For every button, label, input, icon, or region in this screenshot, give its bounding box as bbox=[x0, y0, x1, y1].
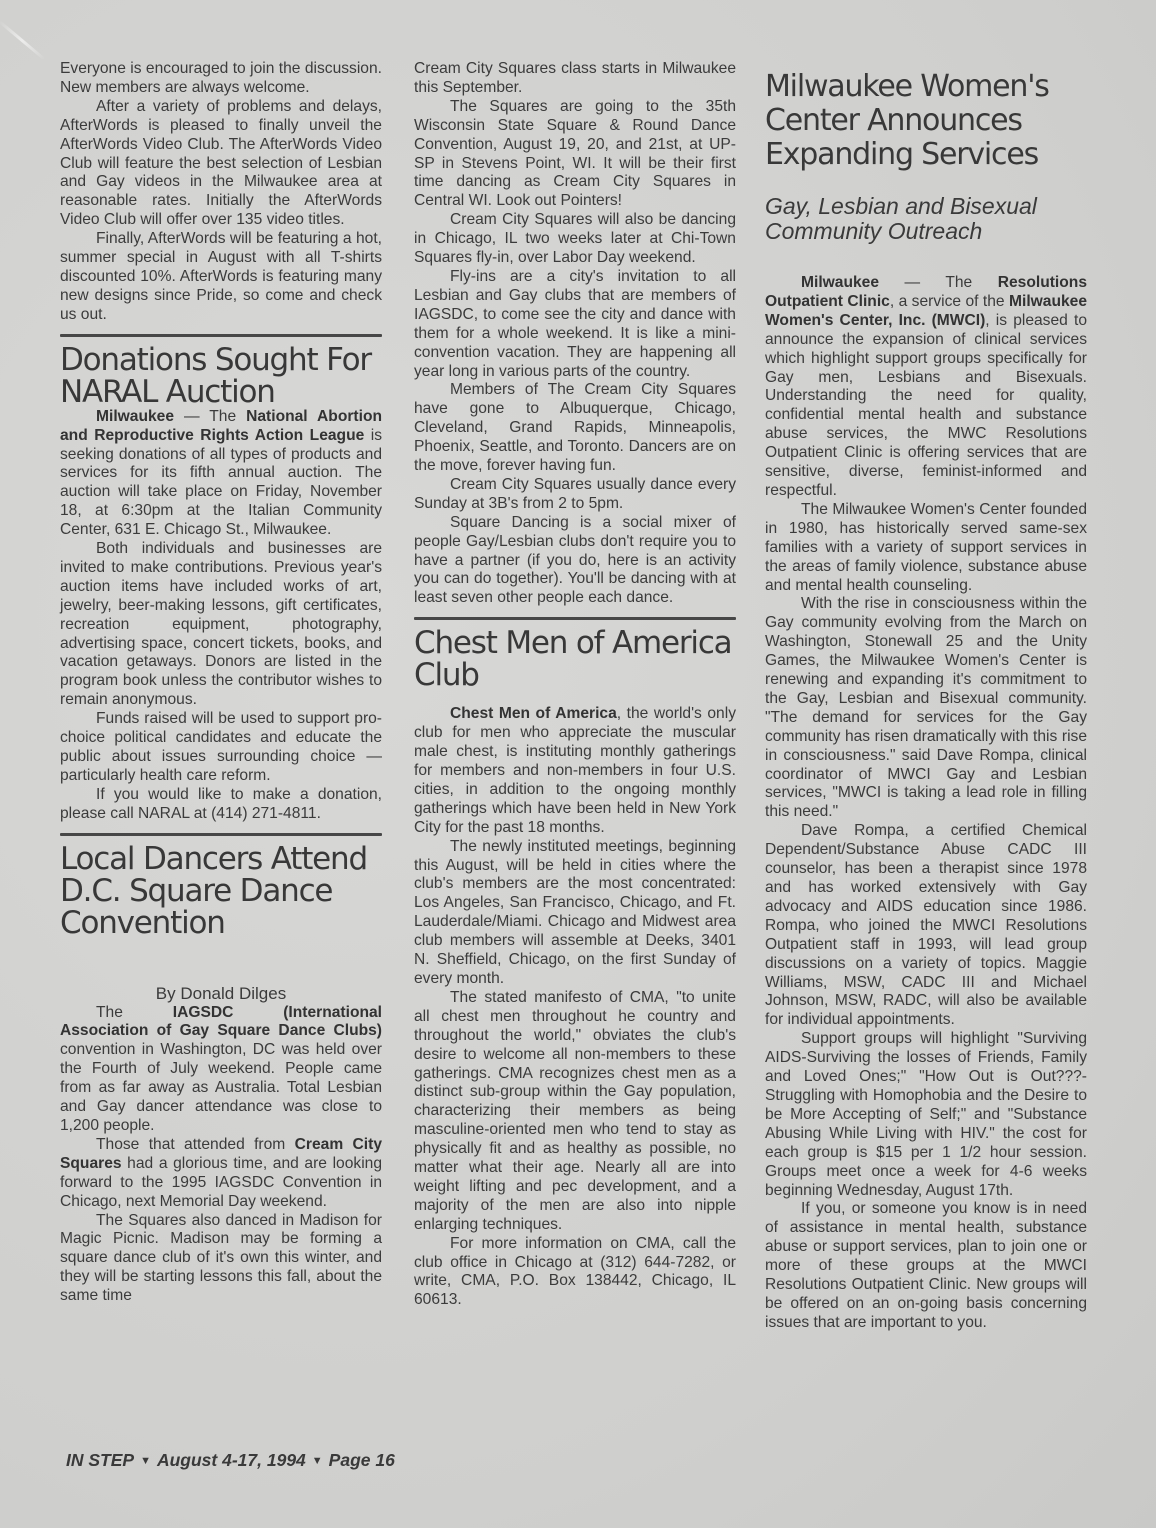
dateline: Milwaukee bbox=[801, 274, 879, 291]
org-name: Chest Men of America bbox=[450, 705, 617, 722]
paragraph: Support groups will highlight "Surviving… bbox=[765, 1030, 1087, 1200]
paragraph: Funds raised will be used to support pro… bbox=[60, 710, 382, 786]
paragraph: The Squares also danced in Madison for M… bbox=[60, 1212, 382, 1307]
paragraph: Milwaukee — The National Abortion and Re… bbox=[60, 408, 382, 540]
section-divider bbox=[414, 617, 736, 620]
paragraph: Cream City Squares class starts in Milwa… bbox=[414, 60, 736, 98]
article-subheadline: Gay, Lesbian and Bisexual Community Outr… bbox=[765, 194, 1087, 244]
paragraph: Fly-ins are a city's invitation to all L… bbox=[414, 268, 736, 381]
article-headline: Milwaukee Women's Center Announces Expan… bbox=[765, 70, 1087, 172]
scan-glare bbox=[0, 20, 46, 61]
paragraph: Both individuals and businesses are invi… bbox=[60, 540, 382, 710]
paragraph: With the rise in consciousness within th… bbox=[765, 595, 1087, 822]
paragraph: After a variety of problems and delays, … bbox=[60, 98, 382, 230]
publication-name: IN STEP bbox=[66, 1450, 134, 1470]
paragraph: The stated manifesto of CMA, "to unite a… bbox=[414, 989, 736, 1235]
paragraph: Members of The Cream City Squares have g… bbox=[414, 381, 736, 476]
paragraph: Cream City Squares usually dance every S… bbox=[414, 476, 736, 514]
column-3: Milwaukee Women's Center Announces Expan… bbox=[765, 60, 1087, 1333]
paragraph: If you would like to make a donation, pl… bbox=[60, 786, 382, 824]
paragraph: Square Dancing is a social mixer of peop… bbox=[414, 514, 736, 609]
column-1: Everyone is encouraged to join the discu… bbox=[60, 60, 382, 1306]
column-2: Cream City Squares class starts in Milwa… bbox=[414, 60, 736, 1310]
mwc-article: Milwaukee Women's Center Announces Expan… bbox=[765, 70, 1087, 1333]
triangle-separator-icon: ▼ bbox=[312, 1455, 323, 1467]
paragraph: Chest Men of America, the world's only c… bbox=[414, 705, 736, 837]
naral-article: Donations Sought For NARAL Auction Milwa… bbox=[60, 344, 382, 824]
triangle-separator-icon: ▼ bbox=[140, 1455, 151, 1467]
paragraph: Dave Rompa, a certified Chemical Depende… bbox=[765, 822, 1087, 1030]
article-headline: Chest Men of America Club bbox=[414, 627, 736, 691]
dancers-article: Local Dancers Attend D.C. Square Dance C… bbox=[60, 843, 382, 1306]
paragraph: The Milwaukee Women's Center founded in … bbox=[765, 501, 1087, 596]
paragraph: The Squares are going to the 35th Wiscon… bbox=[414, 98, 736, 211]
paragraph: The IAGSDC (International Association of… bbox=[60, 1004, 382, 1136]
page-footer: IN STEP▼August 4-17, 1994▼Page 16 bbox=[66, 1450, 395, 1471]
section-divider bbox=[60, 833, 382, 836]
paragraph: The newly instituted meetings, beginning… bbox=[414, 838, 736, 989]
newspaper-page: Everyone is encouraged to join the discu… bbox=[0, 0, 1156, 1528]
article-headline: Local Dancers Attend D.C. Square Dance C… bbox=[60, 843, 382, 939]
issue-date: August 4-17, 1994 bbox=[157, 1450, 306, 1470]
chest-men-article: Chest Men of America Club Chest Men of A… bbox=[414, 627, 736, 1310]
dateline: Milwaukee bbox=[96, 408, 174, 425]
dancers-article-continued: Cream City Squares class starts in Milwa… bbox=[414, 60, 736, 608]
section-divider bbox=[60, 334, 382, 337]
byline: By Donald Dilges bbox=[60, 985, 382, 1004]
paragraph: Milwaukee — The Resolutions Outpatient C… bbox=[765, 274, 1087, 501]
paragraph: Cream City Squares will also be dancing … bbox=[414, 211, 736, 268]
paragraph: If you, or someone you know is in need o… bbox=[765, 1200, 1087, 1332]
page-number: Page 16 bbox=[329, 1450, 395, 1470]
article-headline: Donations Sought For NARAL Auction bbox=[60, 344, 382, 408]
paragraph: Finally, AfterWords will be featuring a … bbox=[60, 230, 382, 325]
paragraph: Everyone is encouraged to join the discu… bbox=[60, 60, 382, 98]
paragraph: For more information on CMA, call the cl… bbox=[414, 1235, 736, 1311]
paragraph: Those that attended from Cream City Squa… bbox=[60, 1136, 382, 1212]
afterwords-article-continued: Everyone is encouraged to join the discu… bbox=[60, 60, 382, 325]
